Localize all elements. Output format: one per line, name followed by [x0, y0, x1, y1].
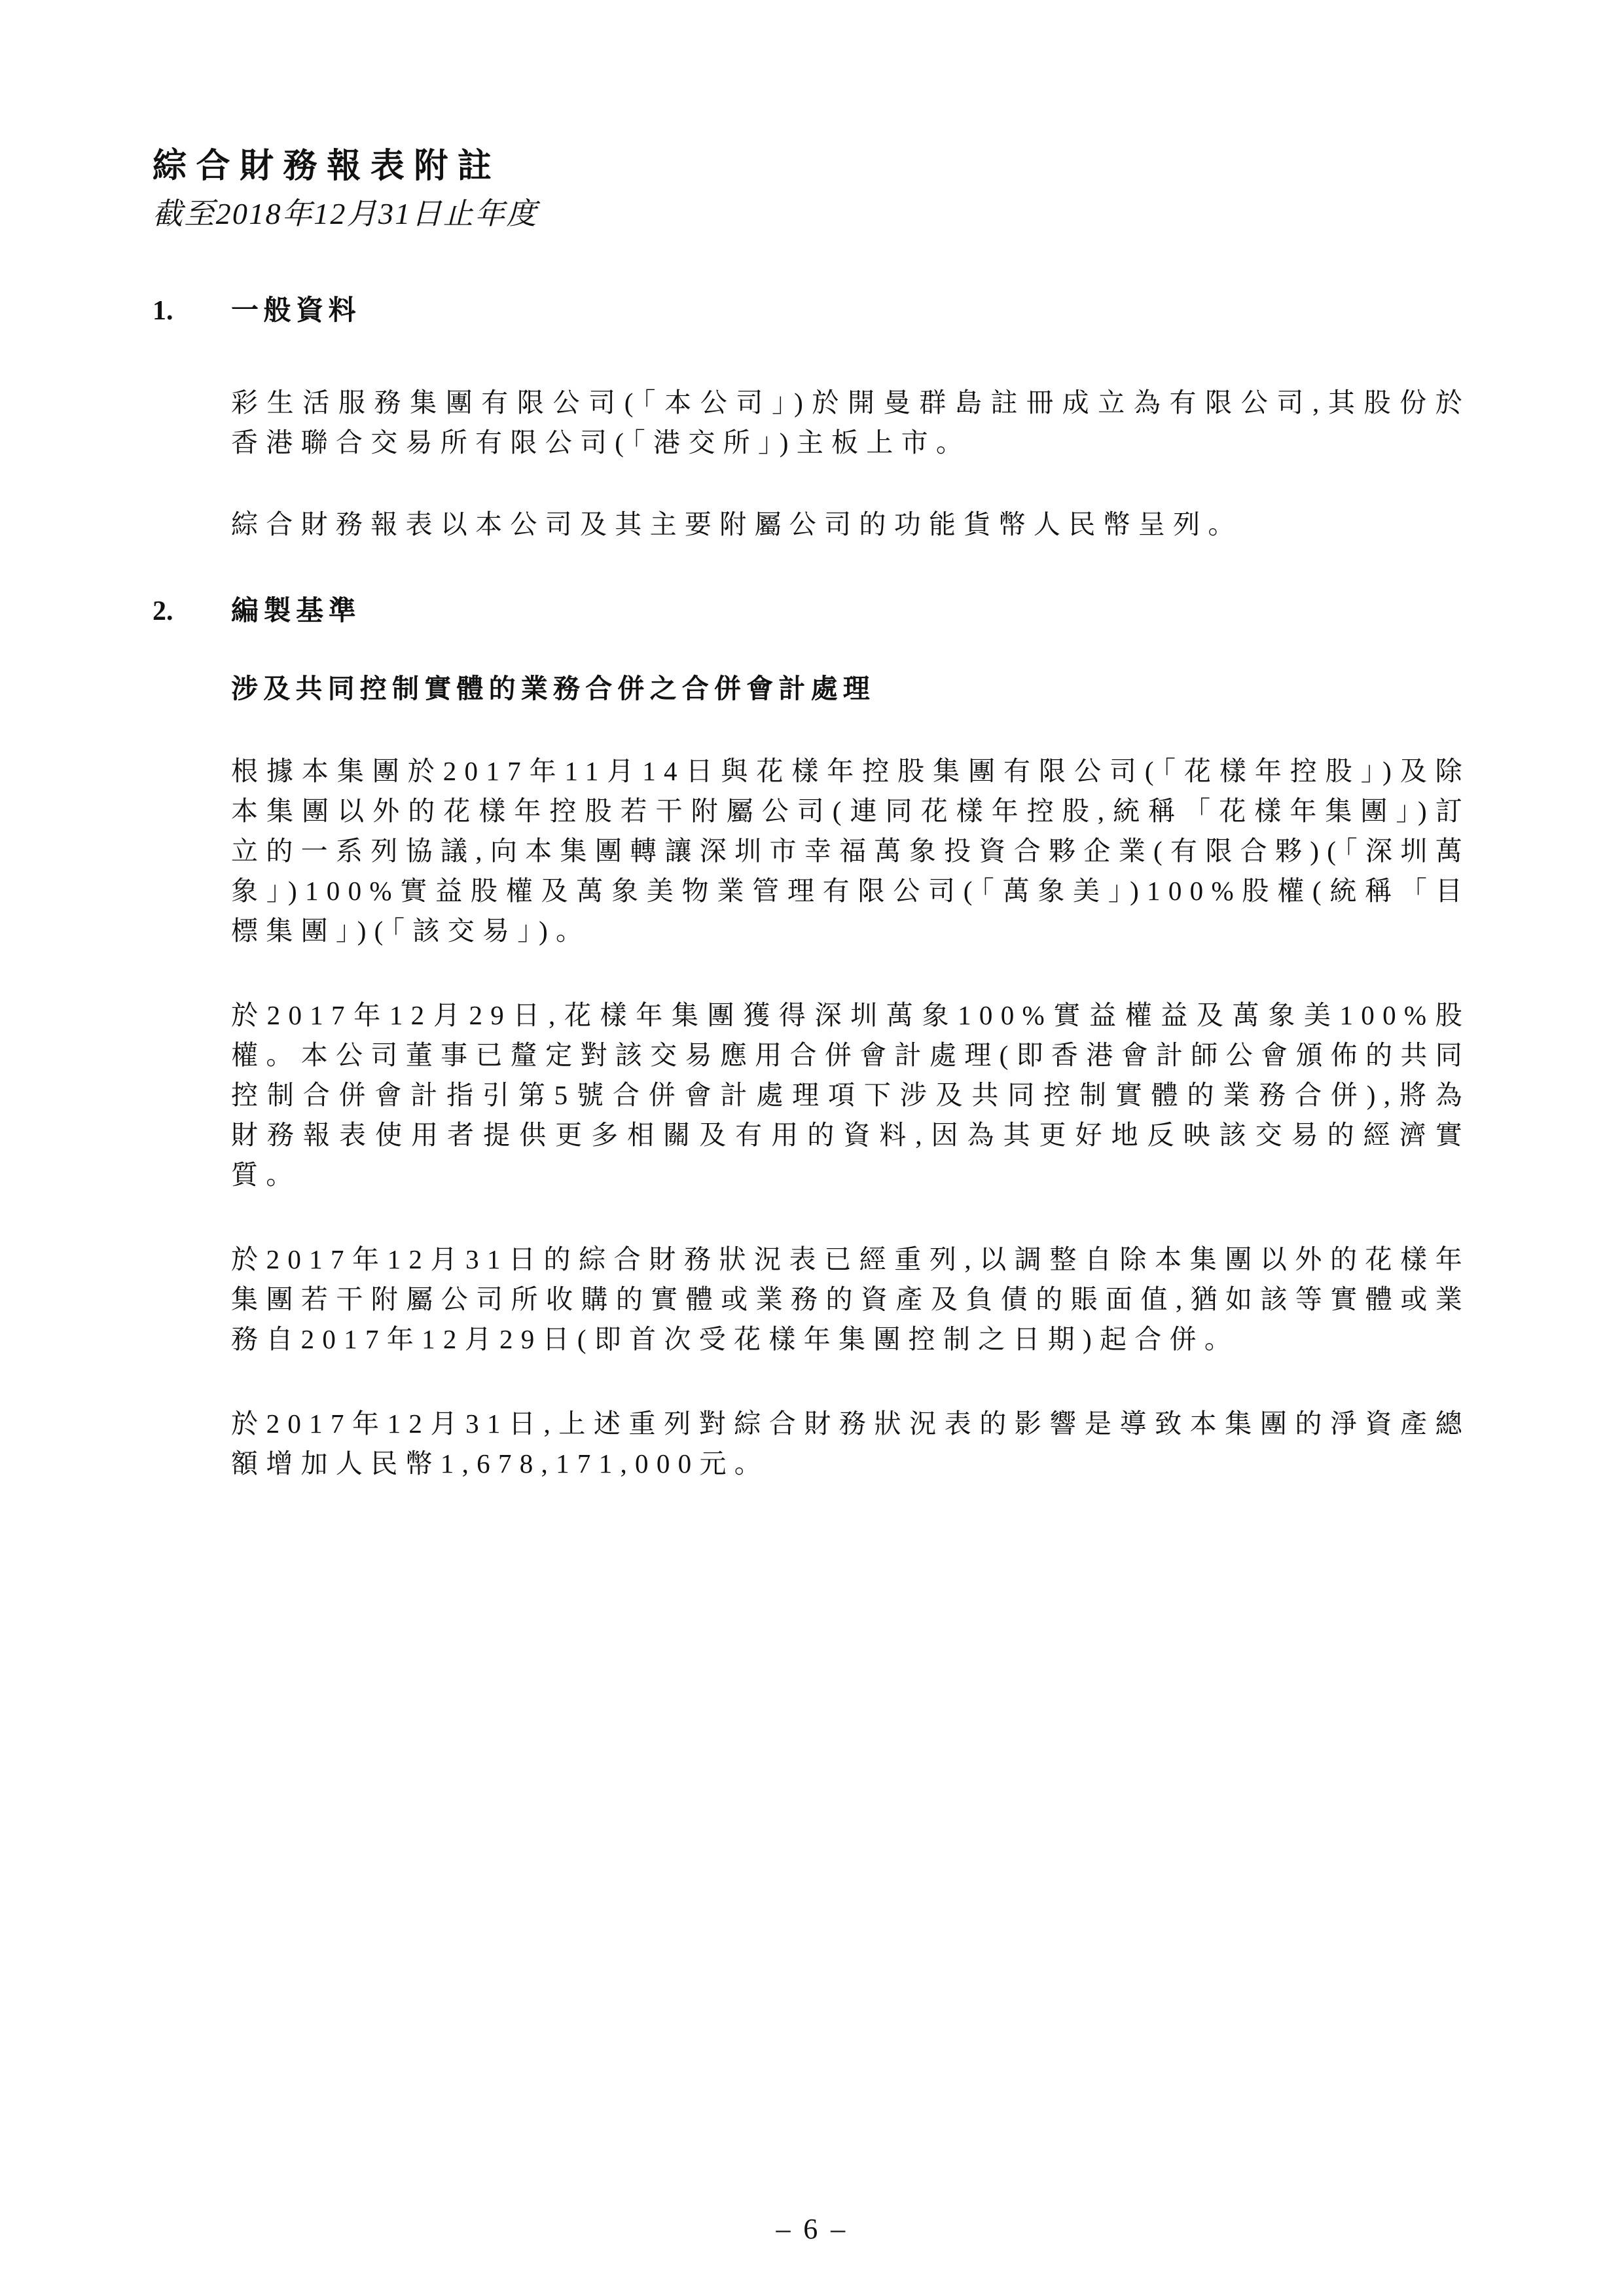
section-number: 2.: [153, 593, 231, 630]
section-basis-of-preparation: 2. 編製基準 涉及共同控制實體的業務合併之合併會計處理 根據本集團於2017年…: [153, 593, 1470, 1484]
paragraph: 綜合財務報表以本公司及其主要附屬公司的功能貨幣人民幣呈列。: [231, 505, 1470, 545]
document-subtitle: 截至2018年12月31日止年度: [153, 196, 1470, 232]
paragraph: 彩生活服務集團有限公司(「本公司」)於開曼群島註冊成立為有限公司,其股份於香港聯…: [231, 383, 1470, 463]
section-heading: 編製基準: [231, 593, 1470, 630]
section-content: 一般資料 彩生活服務集團有限公司(「本公司」)於開曼群島註冊成立為有限公司,其股…: [231, 293, 1470, 545]
section-heading: 一般資料: [231, 293, 1470, 329]
section-content: 編製基準 涉及共同控制實體的業務合併之合併會計處理 根據本集團於2017年11月…: [231, 593, 1470, 1484]
paragraph: 於2017年12月31日,上述重列對綜合財務狀況表的影響是導致本集團的淨資產總額…: [231, 1404, 1470, 1484]
document-page: 綜合財務報表附註 截至2018年12月31日止年度 1. 一般資料 彩生活服務集…: [0, 0, 1624, 2296]
page-number: – 6 –: [0, 2212, 1624, 2246]
paragraph: 根據本集團於2017年11月14日與花樣年控股集團有限公司(「花樣年控股」)及除…: [231, 751, 1470, 951]
section-number: 1.: [153, 293, 231, 329]
document-header: 綜合財務報表附註 截至2018年12月31日止年度: [153, 147, 1470, 232]
paragraph: 於2017年12月31日的綜合財務狀況表已經重列,以調整自除本集團以外的花樣年集…: [231, 1240, 1470, 1359]
document-title: 綜合財務報表附註: [153, 147, 1470, 187]
section-general-information: 1. 一般資料 彩生活服務集團有限公司(「本公司」)於開曼群島註冊成立為有限公司…: [153, 293, 1470, 545]
section-subheading: 涉及共同控制實體的業務合併之合併會計處理: [231, 670, 1470, 707]
paragraph: 於2017年12月29日,花樣年集團獲得深圳萬象100%實益權益及萬象美100%…: [231, 996, 1470, 1195]
